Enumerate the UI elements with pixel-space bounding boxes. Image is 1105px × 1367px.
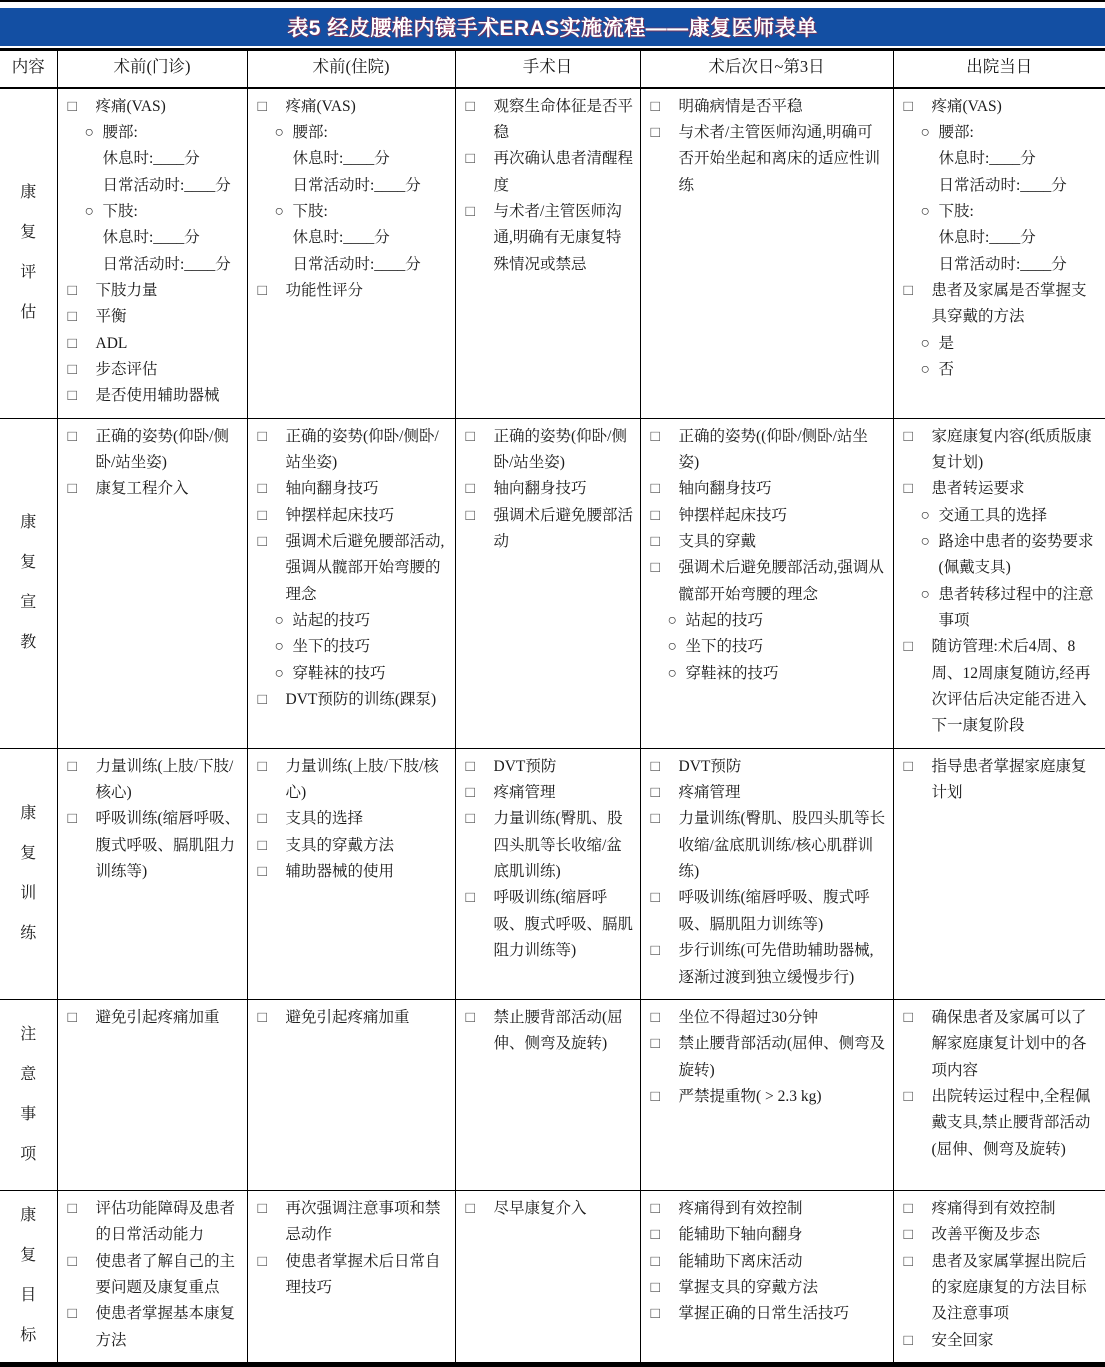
row-label-char: 复: [1, 543, 56, 583]
checklist-item: □使患者掌握术后日常自理技巧: [255, 1249, 450, 1302]
checklist-item: □禁止腰背部活动(屈伸、侧弯及旋转): [648, 1031, 888, 1084]
item-text: 下肢:: [103, 203, 138, 220]
item-text: 功能性评分: [286, 282, 364, 299]
radio-icon[interactable]: ○: [85, 120, 94, 146]
checkbox-icon[interactable]: □: [68, 383, 77, 409]
checklist-item: □坐位不得超过30分钟: [648, 1005, 888, 1031]
checkbox-icon[interactable]: □: [904, 1196, 913, 1222]
checkbox-icon[interactable]: □: [466, 94, 475, 120]
row-label-char: 事: [1, 1095, 56, 1135]
checkbox-icon[interactable]: □: [258, 754, 267, 780]
item-text: 支具的穿戴方法: [286, 837, 395, 854]
item-text: 使患者掌握术后日常自理技巧: [286, 1253, 441, 1296]
checkbox-icon[interactable]: □: [466, 1005, 475, 1031]
checklist-item: 休息时:____分: [255, 146, 450, 172]
checklist-item: □力量训练(上肢/下肢/核心): [255, 754, 450, 807]
row-label-char: 估: [1, 293, 56, 333]
checklist-cell: □正确的姿势(仰卧/侧卧/站坐姿)□轴向翻身技巧□钟摆样起床技巧□强调术后避免腰…: [247, 418, 455, 748]
checkbox-icon[interactable]: □: [466, 476, 475, 502]
checkbox-icon[interactable]: □: [651, 503, 660, 529]
checklist-item: □患者及家属是否掌握支具穿戴的方法: [901, 278, 1101, 331]
item-text: 穿鞋袜的技巧: [686, 665, 779, 682]
item-text: 与术者/主管医师沟通,明确有无康复特殊情况或禁忌: [494, 203, 622, 273]
item-text: DVT预防: [494, 758, 557, 775]
item-text: 路途中患者的姿势要求(佩戴支具): [939, 533, 1094, 576]
item-text: 疼痛得到有效控制: [679, 1200, 803, 1217]
checkbox-icon[interactable]: □: [68, 424, 77, 450]
row-label-char: 练: [1, 914, 56, 954]
checkbox-icon[interactable]: □: [651, 1249, 660, 1275]
checkbox-icon[interactable]: □: [466, 146, 475, 172]
checklist-item: □疼痛(VAS): [65, 94, 242, 120]
checkbox-icon[interactable]: □: [68, 357, 77, 383]
checklist-item: □轴向翻身技巧: [255, 476, 450, 502]
radio-icon[interactable]: ○: [85, 199, 94, 225]
checklist-item: □观察生命体征是否平稳: [463, 94, 635, 147]
checklist-cell: □避免引起疼痛加重: [57, 999, 247, 1190]
item-text: 避免引起疼痛加重: [96, 1009, 220, 1026]
row-label-char: 教: [1, 623, 56, 663]
item-text: 轴向翻身技巧: [679, 480, 772, 497]
checkbox-icon[interactable]: □: [466, 424, 475, 450]
checkbox-icon[interactable]: □: [651, 94, 660, 120]
checkbox-icon[interactable]: □: [258, 1005, 267, 1031]
item-text: 再次确认患者清醒程度: [494, 150, 634, 193]
radio-icon[interactable]: ○: [921, 503, 930, 529]
checkbox-icon[interactable]: □: [904, 1084, 913, 1110]
checklist-item: □钟摆样起床技巧: [255, 503, 450, 529]
radio-icon[interactable]: ○: [275, 634, 284, 660]
checkbox-icon[interactable]: □: [904, 1249, 913, 1275]
checkbox-icon[interactable]: □: [68, 94, 77, 120]
item-text: 强调术后避免腰部活动,强调从髋部开始弯腰的理念: [679, 559, 884, 602]
checklist-cell: □正确的姿势(仰卧/侧卧/站坐姿)□康复工程介入: [57, 418, 247, 748]
column-header-discharge-day: 出院当日: [893, 50, 1105, 88]
checklist-item: □能辅助下轴向翻身: [648, 1222, 888, 1248]
row-label-char: 目: [1, 1276, 56, 1316]
column-header-content: 内容: [0, 50, 57, 88]
item-text: 能辅助下离床活动: [679, 1253, 803, 1270]
table-row: 康复宣教□正确的姿势(仰卧/侧卧/站坐姿)□康复工程介入□正确的姿势(仰卧/侧卧…: [0, 418, 1105, 748]
item-text: 腰部:: [103, 124, 138, 141]
checklist-cell: □力量训练(上肢/下肢/核心)□呼吸训练(缩唇呼吸、腹式呼吸、膈肌阻力训练等): [57, 748, 247, 999]
radio-icon[interactable]: ○: [921, 529, 930, 555]
item-text: 出院转运过程中,全程佩戴支具,禁止腰背部活动(屈伸、侧弯及旋转): [932, 1088, 1091, 1158]
checklist-item: □力量训练(臀肌、股四头肌等长收缩/盆底肌训练/核心肌群训练): [648, 806, 888, 885]
checkbox-icon[interactable]: □: [466, 1196, 475, 1222]
checklist-item: ○腰部:: [255, 120, 450, 146]
checkbox-icon[interactable]: □: [258, 1249, 267, 1275]
column-header-surgery-day: 手术日: [455, 50, 640, 88]
checkbox-icon[interactable]: □: [651, 1301, 660, 1327]
radio-icon[interactable]: ○: [921, 331, 930, 357]
table-title-bar: 表5 经皮腰椎内镜手术ERAS实施流程——康复医师表单: [0, 8, 1105, 46]
checkbox-icon[interactable]: □: [466, 754, 475, 780]
item-text: 正确的姿势(仰卧/侧卧/站坐姿): [96, 428, 229, 471]
checklist-item: □DVT预防的训练(踝泵): [255, 687, 450, 713]
item-text: 能辅助下轴向翻身: [679, 1226, 803, 1243]
item-text: 休息时:____分: [939, 150, 1036, 167]
checklist-item: 休息时:____分: [65, 146, 242, 172]
checklist-item: □患者及家属掌握出院后的家庭康复的方法目标及注意事项: [901, 1249, 1101, 1328]
checklist-cell: □疼痛(VAS)○腰部:休息时:____分日常活动时:____分○下肢:休息时:…: [57, 88, 247, 419]
checklist-cell: □家庭康复内容(纸质版康复计划)□患者转运要求○交通工具的选择○路途中患者的姿势…: [893, 418, 1105, 748]
checkbox-icon[interactable]: □: [258, 833, 267, 859]
checklist-item: □家庭康复内容(纸质版康复计划): [901, 424, 1101, 477]
item-text: 避免引起疼痛加重: [286, 1009, 410, 1026]
checklist-cell: □再次强调注意事项和禁忌动作□使患者掌握术后日常自理技巧: [247, 1190, 455, 1364]
item-text: 与术者/主管医师沟通,明确可否开始坐起和离床的适应性训练: [679, 124, 881, 194]
checklist-item: □患者转运要求: [901, 476, 1101, 502]
item-text: 站起的技巧: [293, 612, 371, 629]
checklist-cell: □疼痛得到有效控制□改善平衡及步态□患者及家属掌握出院后的家庭康复的方法目标及注…: [893, 1190, 1105, 1364]
row-label-char: 评: [1, 253, 56, 293]
checklist-item: □正确的姿势(仰卧/侧卧/站坐姿): [255, 424, 450, 477]
column-header-preop-clinic: 术前(门诊): [57, 50, 247, 88]
checklist-item: 日常活动时:____分: [901, 173, 1101, 199]
table5-document: 表5 经皮腰椎内镜手术ERAS实施流程——康复医师表单 内容 术前(门诊) 术前…: [0, 0, 1105, 1367]
checkbox-icon[interactable]: □: [651, 1275, 660, 1301]
checklist-item: □呼吸训练(缩唇呼吸、腹式呼吸、膈肌阻力训练等): [463, 885, 635, 964]
checkbox-icon[interactable]: □: [68, 331, 77, 357]
item-text: 疼痛(VAS): [286, 98, 356, 115]
checkbox-icon[interactable]: □: [904, 1328, 913, 1354]
checkbox-icon[interactable]: □: [651, 806, 660, 832]
item-text: 家庭康复内容(纸质版康复计划): [932, 428, 1092, 471]
checkbox-icon[interactable]: □: [68, 1005, 77, 1031]
row-label: 康复目标: [0, 1190, 57, 1364]
item-text: 禁止腰背部活动(屈伸、侧弯及旋转): [679, 1035, 886, 1078]
checklist-item: □出院转运过程中,全程佩戴支具,禁止腰背部活动(屈伸、侧弯及旋转): [901, 1084, 1101, 1163]
checklist-item: ○腰部:: [901, 120, 1101, 146]
checklist-item: 休息时:____分: [255, 225, 450, 251]
checkbox-icon[interactable]: □: [68, 476, 77, 502]
checkbox-icon[interactable]: □: [258, 529, 267, 555]
checkbox-icon[interactable]: □: [651, 780, 660, 806]
checklist-item: □轴向翻身技巧: [648, 476, 888, 502]
checklist-cell: □避免引起疼痛加重: [247, 999, 455, 1190]
checkbox-icon[interactable]: □: [904, 754, 913, 780]
checkbox-icon[interactable]: □: [466, 199, 475, 225]
radio-icon[interactable]: ○: [275, 608, 284, 634]
item-text: 随访管理:术后4周、8周、12周康复随访,经再次评估后决定能否进入下一康复阶段: [932, 638, 1091, 734]
radio-icon[interactable]: ○: [668, 634, 677, 660]
checkbox-icon[interactable]: □: [904, 634, 913, 660]
checklist-item: □安全回家: [901, 1328, 1101, 1354]
checklist-item: □正确的姿势((仰卧/侧卧/站坐姿): [648, 424, 888, 477]
item-text: 辅助器械的使用: [286, 863, 395, 880]
checkbox-icon[interactable]: □: [258, 806, 267, 832]
item-text: 力量训练(上肢/下肢/核心): [286, 758, 439, 801]
checkbox-icon[interactable]: □: [258, 1196, 267, 1222]
checkbox-icon[interactable]: □: [651, 424, 660, 450]
checkbox-icon[interactable]: □: [651, 885, 660, 911]
item-text: 是否使用辅助器械: [96, 387, 220, 404]
item-text: 是: [939, 335, 955, 352]
checkbox-icon[interactable]: □: [258, 859, 267, 885]
item-text: 观察生命体征是否平稳: [494, 98, 634, 141]
checkbox-icon[interactable]: □: [258, 503, 267, 529]
checkbox-icon[interactable]: □: [68, 754, 77, 780]
row-label: 康复训练: [0, 748, 57, 999]
item-text: 交通工具的选择: [939, 507, 1048, 524]
item-text: 患者转移过程中的注意事项: [939, 586, 1094, 629]
checklist-item: 日常活动时:____分: [65, 252, 242, 278]
row-label-char: 标: [1, 1316, 56, 1356]
checklist-item: 休息时:____分: [65, 225, 242, 251]
checklist-item: ○坐下的技巧: [255, 634, 450, 660]
radio-icon[interactable]: ○: [668, 661, 677, 687]
item-text: 日常活动时:____分: [939, 177, 1067, 194]
checklist-item: ○下肢:: [255, 199, 450, 225]
item-text: DVT预防: [679, 758, 742, 775]
checkbox-icon[interactable]: □: [904, 94, 913, 120]
checklist-item: □支具的穿戴方法: [255, 833, 450, 859]
checklist-item: □与术者/主管医师沟通,明确有无康复特殊情况或禁忌: [463, 199, 635, 278]
item-text: 下肢力量: [96, 282, 158, 299]
item-text: 疼痛(VAS): [96, 98, 166, 115]
item-text: 轴向翻身技巧: [286, 480, 379, 497]
checklist-item: ○路途中患者的姿势要求(佩戴支具): [901, 529, 1101, 582]
column-header-preop-inpatient: 术前(住院): [247, 50, 455, 88]
checklist-cell: □疼痛(VAS)○腰部:休息时:____分日常活动时:____分○下肢:休息时:…: [247, 88, 455, 419]
item-text: 掌握支具的穿戴方法: [679, 1279, 819, 1296]
row-label-char: 意: [1, 1055, 56, 1095]
checklist-item: □DVT预防: [648, 754, 888, 780]
checkbox-icon[interactable]: □: [68, 304, 77, 330]
checklist-item: ○否: [901, 357, 1101, 383]
row-label-char: 复: [1, 834, 56, 874]
item-text: 站起的技巧: [686, 612, 764, 629]
checklist-item: ○腰部:: [65, 120, 242, 146]
checklist-cell: □DVT预防□疼痛管理□力量训练(臀肌、股四头肌等长收缩/盆底肌训练/核心肌群训…: [640, 748, 893, 999]
radio-icon[interactable]: ○: [921, 582, 930, 608]
checkbox-icon[interactable]: □: [466, 806, 475, 832]
item-text: 正确的姿势((仰卧/侧卧/站坐姿): [679, 428, 868, 471]
checklist-item: □随访管理:术后4周、8周、12周康复随访,经再次评估后决定能否进入下一康复阶段: [901, 634, 1101, 739]
radio-icon[interactable]: ○: [921, 199, 930, 225]
checkbox-icon[interactable]: □: [651, 1196, 660, 1222]
checklist-item: □力量训练(上肢/下肢/核心): [65, 754, 242, 807]
item-text: 坐下的技巧: [293, 638, 371, 655]
checklist-item: □辅助器械的使用: [255, 859, 450, 885]
checklist-item: □正确的姿势(仰卧/侧卧/站坐姿): [463, 424, 635, 477]
checklist-item: □与术者/主管医师沟通,明确可否开始坐起和离床的适应性训练: [648, 120, 888, 199]
checklist-item: □尽早康复介入: [463, 1196, 635, 1222]
table-row: 康复训练□力量训练(上肢/下肢/核心)□呼吸训练(缩唇呼吸、腹式呼吸、膈肌阻力训…: [0, 748, 1105, 999]
item-text: 休息时:____分: [103, 229, 200, 246]
checkbox-icon[interactable]: □: [258, 687, 267, 713]
checkbox-icon[interactable]: □: [651, 120, 660, 146]
item-text: 力量训练(上肢/下肢/核心): [96, 758, 234, 801]
checkbox-icon[interactable]: □: [651, 938, 660, 964]
item-text: 步行训练(可先借助辅助器械,逐渐过渡到独立缓慢步行): [679, 942, 874, 985]
item-text: 安全回家: [932, 1332, 994, 1349]
checklist-cell: □DVT预防□疼痛管理□力量训练(臀肌、股四头肌等长收缩/盆底肌训练)□呼吸训练…: [455, 748, 640, 999]
item-text: 患者及家属掌握出院后的家庭康复的方法目标及注意事项: [932, 1253, 1087, 1323]
item-text: 改善平衡及步态: [932, 1226, 1041, 1243]
item-text: 呼吸训练(缩唇呼吸、腹式呼吸、膈肌阻力训练等): [494, 889, 634, 959]
row-label: 康复评估: [0, 88, 57, 419]
checkbox-icon[interactable]: □: [68, 278, 77, 304]
checkbox-icon[interactable]: □: [68, 1196, 77, 1222]
item-text: 支具的穿戴: [679, 533, 757, 550]
column-header-postop-days: 术后次日~第3日: [640, 50, 893, 88]
checklist-item: □疼痛(VAS): [255, 94, 450, 120]
checklist-item: □疼痛管理: [463, 780, 635, 806]
checkbox-icon[interactable]: □: [258, 476, 267, 502]
item-text: 休息时:____分: [293, 229, 390, 246]
checklist-item: □支具的选择: [255, 806, 450, 832]
radio-icon[interactable]: ○: [275, 120, 284, 146]
checklist-item: □指导患者掌握家庭康复计划: [901, 754, 1101, 807]
checklist-item: □轴向翻身技巧: [463, 476, 635, 502]
checklist-item: □康复工程介入: [65, 476, 242, 502]
checklist-item: □强调术后避免腰部活动,强调从髋部开始弯腰的理念: [255, 529, 450, 608]
checkbox-icon[interactable]: □: [258, 278, 267, 304]
checklist-item: □步态评估: [65, 357, 242, 383]
item-text: 休息时:____分: [939, 229, 1036, 246]
radio-icon[interactable]: ○: [275, 199, 284, 225]
checkbox-icon[interactable]: □: [904, 1005, 913, 1031]
item-text: 疼痛(VAS): [932, 98, 1002, 115]
item-text: 正确的姿势(仰卧/侧卧/站坐姿): [286, 428, 439, 471]
checkbox-icon[interactable]: □: [904, 424, 913, 450]
item-text: 禁止腰背部活动(屈伸、侧弯及旋转): [494, 1009, 623, 1052]
checklist-cell: □正确的姿势(仰卧/侧卧/站坐姿)□轴向翻身技巧□强调术后避免腰部活动: [455, 418, 640, 748]
checkbox-icon[interactable]: □: [904, 278, 913, 304]
row-label: 康复宣教: [0, 418, 57, 748]
item-text: 掌握正确的日常生活技巧: [679, 1305, 850, 1322]
checklist-item: □评估功能障碍及患者的日常活动能力: [65, 1196, 242, 1249]
checkbox-icon[interactable]: □: [258, 94, 267, 120]
checklist-cell: □明确病情是否平稳□与术者/主管医师沟通,明确可否开始坐起和离床的适应性训练: [640, 88, 893, 419]
item-text: 钟摆样起床技巧: [286, 507, 395, 524]
checkbox-icon[interactable]: □: [651, 529, 660, 555]
checkbox-icon[interactable]: □: [466, 780, 475, 806]
checkbox-icon[interactable]: □: [466, 885, 475, 911]
checklist-item: □再次确认患者清醒程度: [463, 146, 635, 199]
item-text: 腰部:: [939, 124, 974, 141]
item-text: 日常活动时:____分: [103, 256, 231, 273]
checklist-item: □避免引起疼痛加重: [255, 1005, 450, 1031]
item-text: 患者转运要求: [932, 480, 1025, 497]
checklist-item: □功能性评分: [255, 278, 450, 304]
row-label: 注意事项: [0, 999, 57, 1190]
checklist-cell: □正确的姿势((仰卧/侧卧/站坐姿)□轴向翻身技巧□钟摆样起床技巧□支具的穿戴□…: [640, 418, 893, 748]
checklist-item: □明确病情是否平稳: [648, 94, 888, 120]
checklist-item: □严禁提重物( > 2.3 kg): [648, 1084, 888, 1110]
row-label-char: 康: [1, 173, 56, 213]
checkbox-icon[interactable]: □: [651, 1005, 660, 1031]
checklist-item: □疼痛管理: [648, 780, 888, 806]
checkbox-icon[interactable]: □: [651, 476, 660, 502]
checkbox-icon[interactable]: □: [258, 424, 267, 450]
row-label-char: 康: [1, 503, 56, 543]
item-text: 疼痛管理: [494, 784, 556, 801]
item-text: 坐位不得超过30分钟: [679, 1009, 819, 1026]
checkbox-icon[interactable]: □: [651, 1222, 660, 1248]
item-text: 指导患者掌握家庭康复计划: [932, 758, 1087, 801]
checklist-item: □平衡: [65, 304, 242, 330]
checklist-cell: □评估功能障碍及患者的日常活动能力□使患者了解自己的主要问题及康复重点□使患者掌…: [57, 1190, 247, 1364]
checklist-item: 日常活动时:____分: [255, 252, 450, 278]
item-text: 下肢:: [293, 203, 328, 220]
checkbox-icon[interactable]: □: [466, 503, 475, 529]
checklist-item: 日常活动时:____分: [901, 252, 1101, 278]
row-label-char: 项: [1, 1135, 56, 1175]
checklist-item: ○患者转移过程中的注意事项: [901, 582, 1101, 635]
item-text: ADL: [96, 335, 128, 352]
checklist-item: □正确的姿势(仰卧/侧卧/站坐姿): [65, 424, 242, 477]
item-text: 使患者掌握基本康复方法: [96, 1305, 236, 1348]
item-text: 腰部:: [293, 124, 328, 141]
checklist-item: 日常活动时:____分: [65, 173, 242, 199]
checklist-item: ○下肢:: [901, 199, 1101, 225]
checkbox-icon[interactable]: □: [651, 1031, 660, 1057]
checklist-item: ○下肢:: [65, 199, 242, 225]
checkbox-icon[interactable]: □: [68, 1301, 77, 1327]
checkbox-icon[interactable]: □: [651, 555, 660, 581]
top-rule: [0, 0, 1105, 2]
checklist-item: □疼痛(VAS): [901, 94, 1101, 120]
checklist-item: □下肢力量: [65, 278, 242, 304]
eras-checklist-table: 内容 术前(门诊) 术前(住院) 手术日 术后次日~第3日 出院当日 康复评估□…: [0, 48, 1105, 1367]
checklist-item: ○坐下的技巧: [648, 634, 888, 660]
item-text: 疼痛得到有效控制: [932, 1200, 1056, 1217]
checklist-item: ○穿鞋袜的技巧: [255, 661, 450, 687]
checkbox-icon[interactable]: □: [651, 1084, 660, 1110]
checklist-item: 休息时:____分: [901, 225, 1101, 251]
checklist-item: ○交通工具的选择: [901, 503, 1101, 529]
item-text: 力量训练(臀肌、股四头肌等长收缩/盆底肌训练): [494, 810, 623, 880]
item-text: 康复工程介入: [96, 480, 189, 497]
item-text: 支具的选择: [286, 810, 364, 827]
item-text: 否: [939, 361, 955, 378]
checklist-item: □DVT预防: [463, 754, 635, 780]
checklist-item: 日常活动时:____分: [255, 173, 450, 199]
item-text: 强调术后避免腰部活动,强调从髋部开始弯腰的理念: [286, 533, 445, 603]
checklist-cell: □指导患者掌握家庭康复计划: [893, 748, 1105, 999]
radio-icon[interactable]: ○: [921, 357, 930, 383]
radio-icon[interactable]: ○: [921, 120, 930, 146]
checkbox-icon[interactable]: □: [68, 1249, 77, 1275]
checklist-item: □ADL: [65, 331, 242, 357]
row-label-char: 宣: [1, 583, 56, 623]
row-label-char: 训: [1, 874, 56, 914]
item-text: 严禁提重物( > 2.3 kg): [679, 1088, 822, 1105]
checkbox-icon[interactable]: □: [904, 1222, 913, 1248]
checkbox-icon[interactable]: □: [904, 476, 913, 502]
item-text: 疼痛管理: [679, 784, 741, 801]
checklist-item: □确保患者及家属可以了解家庭康复计划中的各项内容: [901, 1005, 1101, 1084]
item-text: 强调术后避免腰部活动: [494, 507, 634, 550]
radio-icon[interactable]: ○: [275, 661, 284, 687]
checkbox-icon[interactable]: □: [651, 754, 660, 780]
row-label-char: 复: [1, 1236, 56, 1276]
checklist-item: □钟摆样起床技巧: [648, 503, 888, 529]
item-text: 休息时:____分: [293, 150, 390, 167]
checklist-cell: □尽早康复介入: [455, 1190, 640, 1364]
checklist-item: □掌握正确的日常生活技巧: [648, 1301, 888, 1327]
row-label-char: 康: [1, 794, 56, 834]
checkbox-icon[interactable]: □: [68, 806, 77, 832]
checklist-item: □疼痛得到有效控制: [648, 1196, 888, 1222]
checklist-item: □禁止腰背部活动(屈伸、侧弯及旋转): [463, 1005, 635, 1058]
checklist-cell: □疼痛(VAS)○腰部:休息时:____分日常活动时:____分○下肢:休息时:…: [893, 88, 1105, 419]
radio-icon[interactable]: ○: [668, 608, 677, 634]
item-text: 休息时:____分: [103, 150, 200, 167]
